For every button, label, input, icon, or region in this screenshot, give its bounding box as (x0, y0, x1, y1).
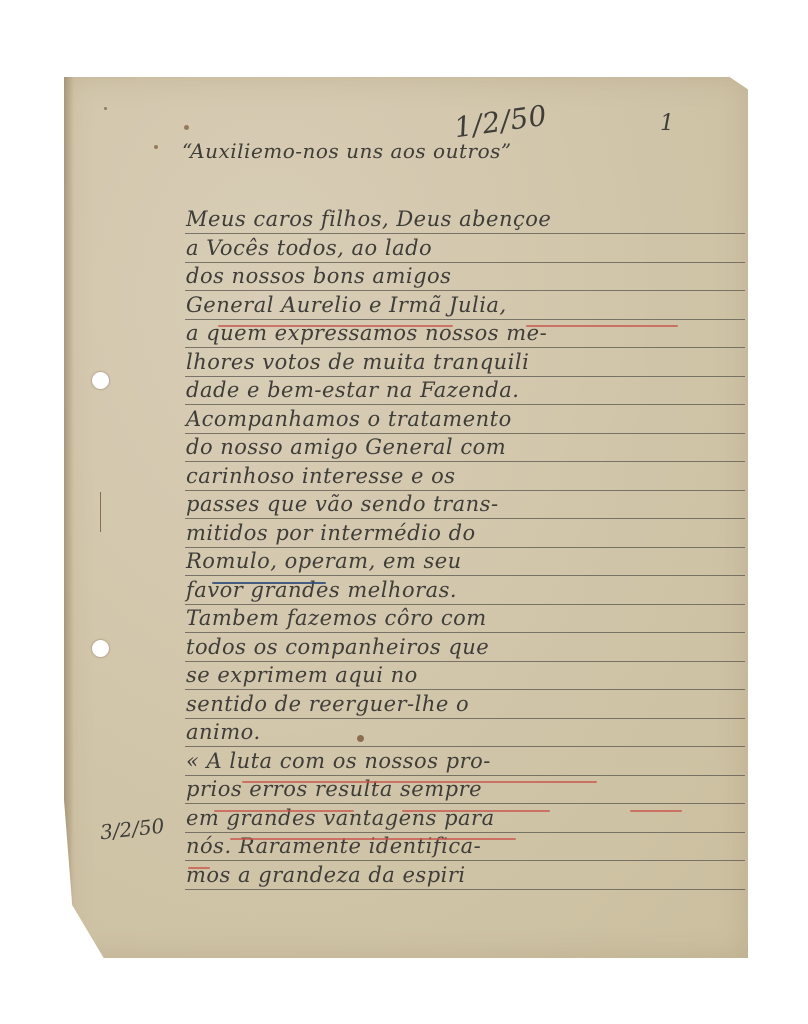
text-line-11: passes que vão sendo trans- (186, 492, 744, 516)
page-number: 1 (660, 111, 675, 136)
red-underline-general-aurelio (218, 325, 453, 327)
header-date: 1/2/50 (452, 99, 549, 145)
text-line-9: do nosso amigo General com (186, 435, 744, 459)
ruled-line (185, 889, 745, 890)
scratch-mark (100, 492, 101, 532)
text-line-16: todos os companheiros que (186, 635, 744, 659)
red-underline-resulta (402, 810, 550, 812)
text-line-13: Romulo, operam, em seu (186, 549, 744, 573)
text-line-10: carinhoso interesse e os (186, 464, 744, 488)
ruled-line (185, 347, 745, 348)
ruled-line (185, 860, 745, 861)
text-line-12: mitidos por intermédio do (186, 521, 744, 545)
ruled-line (185, 575, 745, 576)
text-line-3: dos nossos bons amigos (186, 264, 744, 288)
ruled-line (185, 290, 745, 291)
ruled-line (185, 490, 745, 491)
text-line-19: animo. (186, 720, 744, 744)
text-line-7: dade e bem-estar na Fazenda. (186, 378, 744, 402)
ruled-line (185, 461, 745, 462)
ruled-line (185, 661, 745, 662)
red-underline-luta (242, 781, 597, 783)
text-line-8: Acompanhamos o tratamento (186, 407, 744, 431)
edge-stain (64, 77, 74, 958)
ruled-line (185, 775, 745, 776)
red-underline-erros (214, 810, 354, 812)
ruled-line (185, 832, 745, 833)
ruled-line (185, 547, 745, 548)
text-line-2: a Vocês todos, ao lado (186, 236, 744, 260)
ruled-line (185, 433, 745, 434)
ruled-line (185, 262, 745, 263)
text-line-17: se exprimem aqui no (186, 663, 744, 687)
text-line-1: Meus caros filhos, Deus abençoe (186, 207, 744, 231)
ruled-line (185, 518, 745, 519)
text-line-6: lhores votos de muita tranquili (186, 350, 744, 374)
ruled-line (185, 604, 745, 605)
ruled-line (185, 632, 745, 633)
text-line-15: Tambem fazemos côro com (186, 606, 744, 630)
foxing-spot (154, 145, 158, 149)
foxing-spot (184, 125, 189, 130)
text-line-18: sentido de reerguer-lhe o (186, 692, 744, 716)
ruled-line (185, 233, 745, 234)
blue-underline-romulo (212, 582, 326, 584)
punch-hole-top (92, 372, 109, 389)
red-underline-grandes-vantagens (230, 838, 516, 840)
text-line-4: General Aurelio e Irmã Julia, (186, 293, 744, 317)
punch-hole-bottom (92, 640, 109, 657)
letter-title: “Auxiliemo-nos uns aos outros” (182, 139, 512, 163)
red-underline-sempre (630, 810, 682, 812)
ruled-line (185, 803, 745, 804)
manuscript-page: 1/2/50 1 “Auxiliemo-nos uns aos outros” … (64, 77, 748, 958)
text-line-24: mos a grandeza da espiri (186, 863, 744, 887)
red-underline-mos (188, 867, 210, 869)
foxing-spot (104, 107, 107, 110)
text-line-20: « A luta com os nossos pro- (186, 749, 744, 773)
margin-date: 3/2/50 (99, 814, 166, 845)
ruled-line (185, 689, 745, 690)
ruled-line (185, 718, 745, 719)
ruled-line (185, 404, 745, 405)
ruled-line (185, 319, 745, 320)
red-underline-irma-julia (526, 325, 678, 327)
ruled-line (185, 376, 745, 377)
ruled-line (185, 746, 745, 747)
